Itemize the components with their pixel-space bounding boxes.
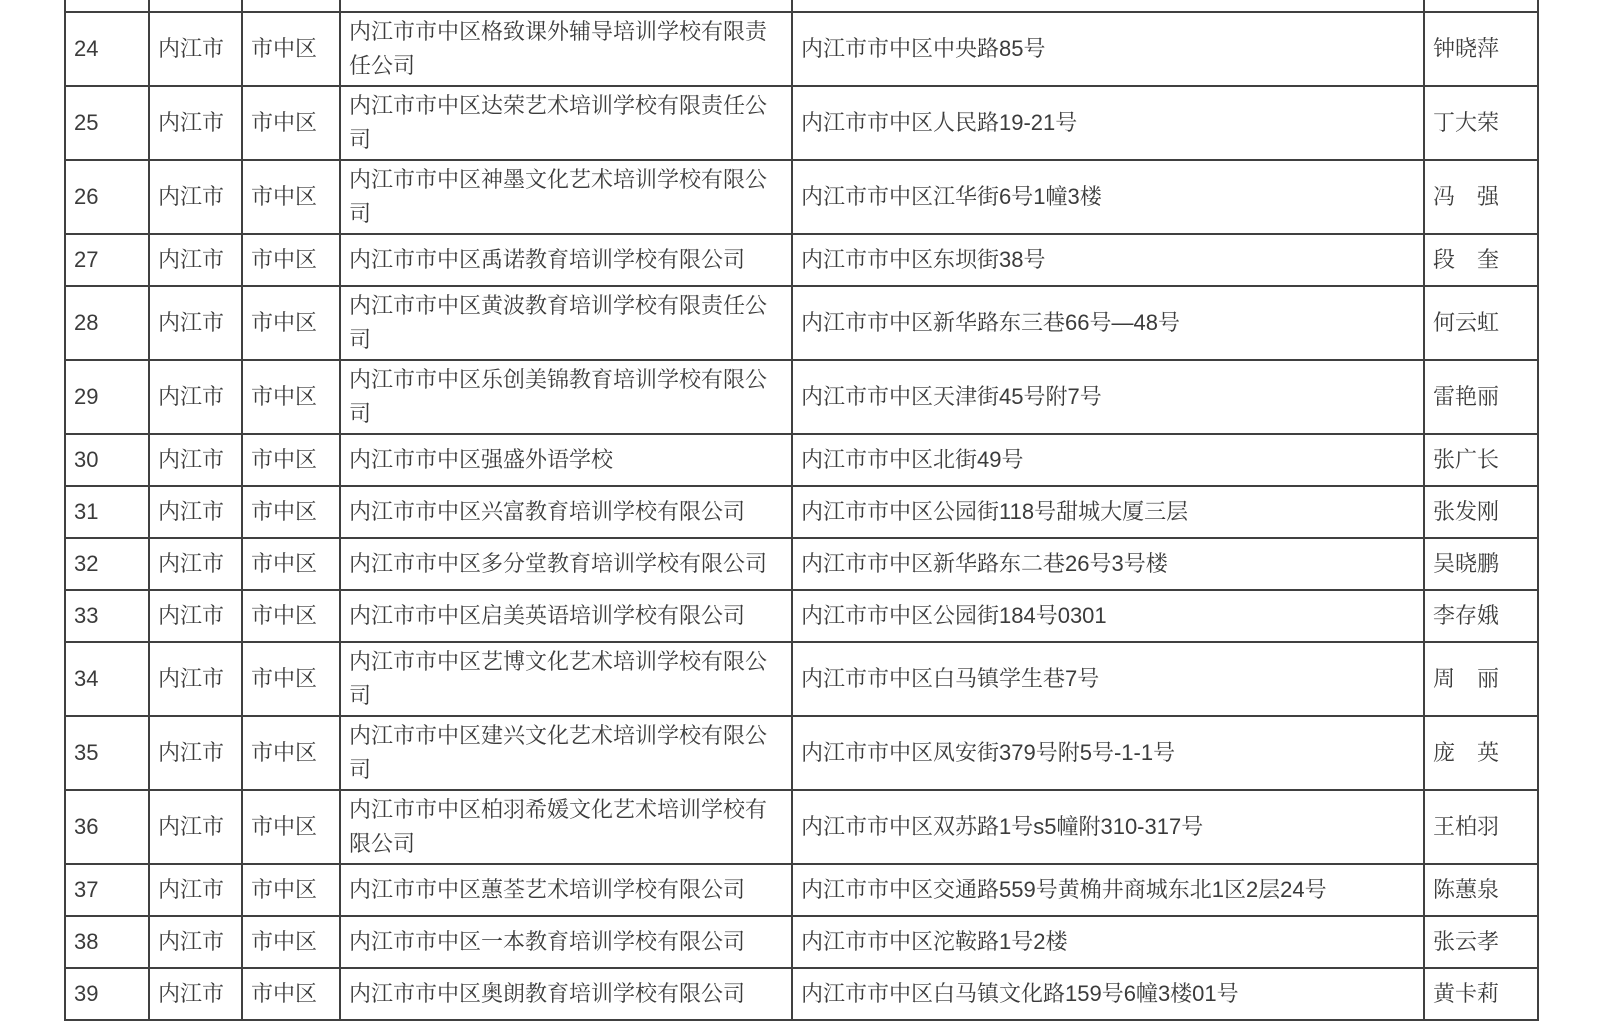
district-cell: 市中区 [242, 86, 340, 160]
contact-name-cell: 张广长 [1424, 434, 1538, 486]
address-cell [792, 0, 1424, 12]
table-row: 39内江市市中区内江市市中区奥朗教育培训学校有限公司内江市市中区白马镇文化路15… [65, 968, 1538, 1016]
contact-name-cell [1424, 0, 1538, 12]
district-cell: 市中区 [242, 286, 340, 360]
table-row: 36内江市市中区内江市市中区柏羽希媛文化艺术培训学校有限公司内江市市中区双苏路1… [65, 790, 1538, 864]
cropped-row-stub [65, 0, 1538, 12]
school-name-cell: 内江市市中区柏羽希媛文化艺术培训学校有限公司 [340, 790, 792, 864]
contact-name-cell: 丁大荣 [1424, 86, 1538, 160]
school-name-cell: 内江市市中区达荣艺术培训学校有限责任公司 [340, 86, 792, 160]
row-number-cell: 39 [65, 968, 149, 1016]
district-cell: 市中区 [242, 360, 340, 434]
row-number-cell: 36 [65, 790, 149, 864]
district-cell: 市中区 [242, 160, 340, 234]
district-cell: 市中区 [242, 12, 340, 86]
contact-name-cell: 吴晓鹏 [1424, 538, 1538, 590]
school-name-cell: 内江市市中区黄波教育培训学校有限责任公司 [340, 286, 792, 360]
contact-name-cell: 王柏羽 [1424, 790, 1538, 864]
address-cell: 内江市市中区江华街6号1幢3楼 [792, 160, 1424, 234]
row-number-cell: 30 [65, 434, 149, 486]
table-row: 33内江市市中区内江市市中区启美英语培训学校有限公司内江市市中区公园街184号0… [65, 590, 1538, 642]
row-number-cell [65, 0, 149, 12]
city-cell: 内江市 [149, 716, 242, 790]
table-row: 28内江市市中区内江市市中区黄波教育培训学校有限责任公司内江市市中区新华路东三巷… [65, 286, 1538, 360]
district-cell: 市中区 [242, 716, 340, 790]
row-number-cell: 29 [65, 360, 149, 434]
address-cell: 内江市市中区天津街45号附7号 [792, 360, 1424, 434]
school-name-cell: 内江市市中区神墨文化艺术培训学校有限公司 [340, 160, 792, 234]
contact-name-cell: 黄卡莉 [1424, 968, 1538, 1016]
school-name-cell: 内江市市中区强盛外语学校 [340, 434, 792, 486]
table-row: 34内江市市中区内江市市中区艺博文化艺术培训学校有限公司内江市市中区白马镇学生巷… [65, 642, 1538, 716]
district-cell: 市中区 [242, 234, 340, 286]
row-number-cell: 31 [65, 486, 149, 538]
school-name-cell: 内江市市中区蕙荃艺术培训学校有限公司 [340, 864, 792, 916]
row-number-cell: 34 [65, 642, 149, 716]
school-name-cell [340, 0, 792, 12]
district-cell: 市中区 [242, 864, 340, 916]
address-cell: 内江市市中区双苏路1号s5幢附310-317号 [792, 790, 1424, 864]
table-row: 38内江市市中区内江市市中区一本教育培训学校有限公司内江市市中区沱鞍路1号2楼张… [65, 916, 1538, 968]
city-cell [149, 0, 242, 12]
row-number-cell: 35 [65, 716, 149, 790]
address-cell: 内江市市中区新华路东二巷26号3号楼 [792, 538, 1424, 590]
row-number-cell: 33 [65, 590, 149, 642]
city-cell: 内江市 [149, 434, 242, 486]
district-cell: 市中区 [242, 642, 340, 716]
table-row: 37内江市市中区内江市市中区蕙荃艺术培训学校有限公司内江市市中区交通路559号黄… [65, 864, 1538, 916]
city-cell: 内江市 [149, 234, 242, 286]
contact-name-cell: 周 丽 [1424, 642, 1538, 716]
district-cell: 市中区 [242, 590, 340, 642]
contact-name-cell: 李存娥 [1424, 590, 1538, 642]
school-name-cell: 内江市市中区建兴文化艺术培训学校有限公司 [340, 716, 792, 790]
school-name-cell: 内江市市中区一本教育培训学校有限公司 [340, 916, 792, 968]
contact-name-cell: 冯 强 [1424, 160, 1538, 234]
contact-name-cell: 张云孝 [1424, 916, 1538, 968]
city-cell: 内江市 [149, 864, 242, 916]
district-cell: 市中区 [242, 486, 340, 538]
district-cell: 市中区 [242, 968, 340, 1016]
contact-name-cell: 张发刚 [1424, 486, 1538, 538]
table-row: 26内江市市中区内江市市中区神墨文化艺术培训学校有限公司内江市市中区江华街6号1… [65, 160, 1538, 234]
address-cell: 内江市市中区白马镇文化路159号6幢3楼01号 [792, 968, 1424, 1016]
school-name-cell: 内江市市中区启美英语培训学校有限公司 [340, 590, 792, 642]
training-schools-table-wrap: 24内江市市中区内江市市中区格致课外辅导培训学校有限责任公司内江市市中区中央路8… [64, 0, 1539, 1016]
city-cell: 内江市 [149, 642, 242, 716]
address-cell: 内江市市中区北街49号 [792, 434, 1424, 486]
address-cell: 内江市市中区公园街118号甜城大厦三层 [792, 486, 1424, 538]
district-cell: 市中区 [242, 790, 340, 864]
contact-name-cell: 陈蕙泉 [1424, 864, 1538, 916]
school-name-cell: 内江市市中区乐创美锦教育培训学校有限公司 [340, 360, 792, 434]
row-number-cell: 26 [65, 160, 149, 234]
table-row: 25内江市市中区内江市市中区达荣艺术培训学校有限责任公司内江市市中区人民路19-… [65, 86, 1538, 160]
school-name-cell: 内江市市中区艺博文化艺术培训学校有限公司 [340, 642, 792, 716]
school-name-cell: 内江市市中区兴富教育培训学校有限公司 [340, 486, 792, 538]
school-name-cell: 内江市市中区奥朗教育培训学校有限公司 [340, 968, 792, 1016]
table-row: 30内江市市中区内江市市中区强盛外语学校内江市市中区北街49号张广长 [65, 434, 1538, 486]
row-number-cell: 24 [65, 12, 149, 86]
table-row: 32内江市市中区内江市市中区多分堂教育培训学校有限公司内江市市中区新华路东二巷2… [65, 538, 1538, 590]
address-cell: 内江市市中区凤安街379号附5号-1-1号 [792, 716, 1424, 790]
table-row: 29内江市市中区内江市市中区乐创美锦教育培训学校有限公司内江市市中区天津街45号… [65, 360, 1538, 434]
row-number-cell: 28 [65, 286, 149, 360]
district-cell: 市中区 [242, 434, 340, 486]
district-cell: 市中区 [242, 538, 340, 590]
row-number-cell: 32 [65, 538, 149, 590]
city-cell: 内江市 [149, 160, 242, 234]
row-number-cell: 27 [65, 234, 149, 286]
city-cell: 内江市 [149, 486, 242, 538]
address-cell: 内江市市中区交通路559号黄桷井商城东北1区2层24号 [792, 864, 1424, 916]
address-cell: 内江市市中区新华路东三巷66号—48号 [792, 286, 1424, 360]
city-cell: 内江市 [149, 790, 242, 864]
table-row: 27内江市市中区内江市市中区禹诺教育培训学校有限公司内江市市中区东坝街38号段 … [65, 234, 1538, 286]
training-schools-table: 24内江市市中区内江市市中区格致课外辅导培训学校有限责任公司内江市市中区中央路8… [64, 0, 1539, 1016]
table-row: 24内江市市中区内江市市中区格致课外辅导培训学校有限责任公司内江市市中区中央路8… [65, 12, 1538, 86]
contact-name-cell: 雷艳丽 [1424, 360, 1538, 434]
row-number-cell: 38 [65, 916, 149, 968]
school-name-cell: 内江市市中区多分堂教育培训学校有限公司 [340, 538, 792, 590]
city-cell: 内江市 [149, 916, 242, 968]
city-cell: 内江市 [149, 12, 242, 86]
city-cell: 内江市 [149, 538, 242, 590]
address-cell: 内江市市中区公园街184号0301 [792, 590, 1424, 642]
address-cell: 内江市市中区中央路85号 [792, 12, 1424, 86]
contact-name-cell: 钟晓萍 [1424, 12, 1538, 86]
district-cell [242, 0, 340, 12]
city-cell: 内江市 [149, 286, 242, 360]
address-cell: 内江市市中区白马镇学生巷7号 [792, 642, 1424, 716]
table-body: 24内江市市中区内江市市中区格致课外辅导培训学校有限责任公司内江市市中区中央路8… [65, 0, 1538, 1016]
city-cell: 内江市 [149, 360, 242, 434]
table-row: 31内江市市中区内江市市中区兴富教育培训学校有限公司内江市市中区公园街118号甜… [65, 486, 1538, 538]
school-name-cell: 内江市市中区禹诺教育培训学校有限公司 [340, 234, 792, 286]
city-cell: 内江市 [149, 968, 242, 1016]
district-cell: 市中区 [242, 916, 340, 968]
address-cell: 内江市市中区沱鞍路1号2楼 [792, 916, 1424, 968]
city-cell: 内江市 [149, 86, 242, 160]
city-cell: 内江市 [149, 590, 242, 642]
contact-name-cell: 庞 英 [1424, 716, 1538, 790]
row-number-cell: 37 [65, 864, 149, 916]
address-cell: 内江市市中区东坝街38号 [792, 234, 1424, 286]
contact-name-cell: 段 奎 [1424, 234, 1538, 286]
address-cell: 内江市市中区人民路19-21号 [792, 86, 1424, 160]
row-number-cell: 25 [65, 86, 149, 160]
school-name-cell: 内江市市中区格致课外辅导培训学校有限责任公司 [340, 12, 792, 86]
table-row: 35内江市市中区内江市市中区建兴文化艺术培训学校有限公司内江市市中区凤安街379… [65, 716, 1538, 790]
contact-name-cell: 何云虹 [1424, 286, 1538, 360]
